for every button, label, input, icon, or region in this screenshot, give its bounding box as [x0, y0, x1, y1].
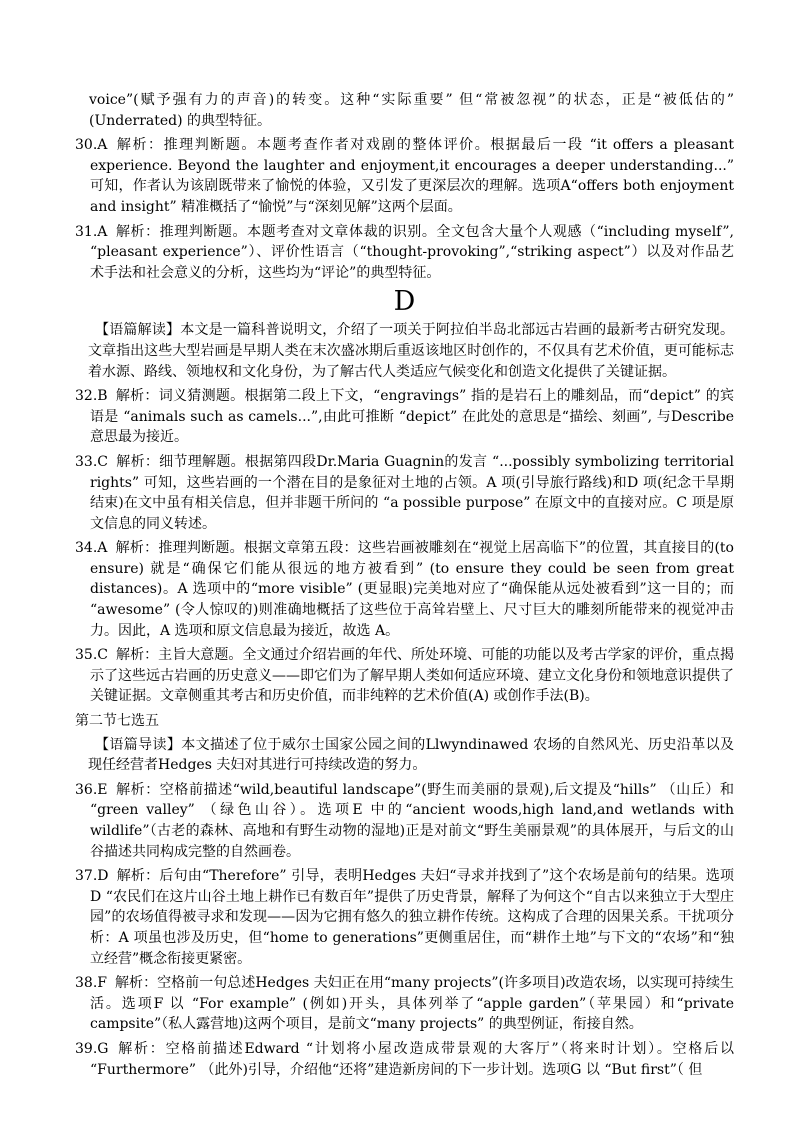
passage-d-overview: 【语篇解读】本文是一篇科普说明文，介绍了一项关于阿拉伯半岛北部远古岩画的最新考古… [88, 320, 734, 382]
explanation-text-39: 解析：空格前描述Edward “计划将小屋改造成带景观的大客厅”（将来时计划）。… [90, 1041, 734, 1078]
question-number-38: 38.F [75, 975, 107, 991]
overview-text: 本文是一篇科普说明文，介绍了一项关于阿拉伯半岛北部远古岩画的最新考古研究发现。文… [88, 322, 734, 379]
explanation-item-36: 36.E解析：空格前描述“wild,beautiful landscape”(野… [75, 780, 734, 862]
question-number-31: 31.A [75, 224, 107, 240]
explanation-text-37: 解析：后句由“Therefore” 引导，表明Hedges 夫妇“寻求并找到了”… [90, 868, 734, 966]
explanation-text-36: 解析：空格前描述“wild,beautiful landscape”(野生而美丽… [90, 782, 734, 860]
explanation-item-38: 38.F解析：空格前一句总述Hedges 夫妇正在用“many projects… [75, 973, 734, 1035]
passage-d-heading: D [75, 287, 734, 317]
overview-label: 【语篇解读】 [95, 322, 180, 338]
explanation-item-31: 31.A解析：推理判断题。本题考查对文章体裁的识别。全文包含大量个人观感（“in… [75, 222, 734, 284]
question-number-30: 30.A [75, 137, 107, 153]
question-number-34: 34.A [75, 540, 107, 556]
explanation-text-34: 解析：推理判断题。根据文章第五段：这些岩画被雕刻在“视觉上居高临下”的位置，其直… [90, 540, 734, 638]
continued-paragraph: voice”(赋予强有力的声音)的转变。这种“实际重要” 但“常被忽视”的状态，… [89, 90, 734, 131]
explanation-text-31: 解析：推理判断题。本题考查对文章体裁的识别。全文包含大量个人观感（“includ… [90, 224, 734, 281]
explanation-text-30: 解析：推理判断题。本题考查作者对戏剧的整体评价。根据最后一段 “it offer… [90, 137, 734, 215]
section-heading-seven-choose-five: 第二节七选五 [75, 711, 734, 732]
overview-label-2: 【语篇导读】 [95, 737, 181, 753]
explanation-text-32: 解析：词义猜测题。根据第二段上下文，“engravings” 指的是岩石上的雕刻… [90, 388, 734, 445]
question-number-33: 33.C [75, 454, 108, 470]
explanation-item-33: 33.C解析：细节理解题。根据第四段Dr.Maria Guagnin的发言 “.… [75, 452, 734, 534]
answer-key-page: voice”(赋予强有力的声音)的转变。这种“实际重要” 但“常被忽视”的状态，… [0, 0, 794, 1123]
explanation-item-39: 39.G解析：空格前描述Edward “计划将小屋改造成带景观的大客厅”（将来时… [75, 1039, 734, 1080]
explanation-item-35: 35.C解析：主旨大意题。全文通过介绍岩画的年代、所处环境、可能的功能以及考古学… [75, 645, 734, 707]
overview-text-2: 本文描述了位于威尔士国家公园之间的Llwyndinawed 农场的自然风光、历史… [88, 737, 734, 774]
question-number-39: 39.G [75, 1041, 108, 1057]
question-number-36: 36.E [75, 782, 107, 798]
explanation-text-33: 解析：细节理解题。根据第四段Dr.Maria Guagnin的发言 “...po… [90, 454, 734, 532]
explanation-item-37: 37.D解析：后句由“Therefore” 引导，表明Hedges 夫妇“寻求并… [75, 866, 734, 969]
question-number-32: 32.B [75, 388, 108, 404]
explanation-item-32: 32.B解析：词义猜测题。根据第二段上下文，“engravings” 指的是岩石… [75, 386, 734, 448]
question-number-37: 37.D [75, 868, 109, 884]
explanation-text-35: 解析：主旨大意题。全文通过介绍岩画的年代、所处环境、可能的功能以及考古学家的评价… [90, 647, 734, 704]
question-number-35: 35.C [75, 647, 108, 663]
explanation-item-30: 30.A解析：推理判断题。本题考查作者对戏剧的整体评价。根据最后一段 “it o… [75, 135, 734, 217]
passage-cloze-overview: 【语篇导读】本文描述了位于威尔士国家公园之间的Llwyndinawed 农场的自… [88, 735, 734, 776]
explanation-text-38: 解析：空格前一句总述Hedges 夫妇正在用“many projects”(许多… [90, 975, 734, 1032]
explanation-item-34: 34.A解析：推理判断题。根据文章第五段：这些岩画被雕刻在“视觉上居高临下”的位… [75, 538, 734, 641]
